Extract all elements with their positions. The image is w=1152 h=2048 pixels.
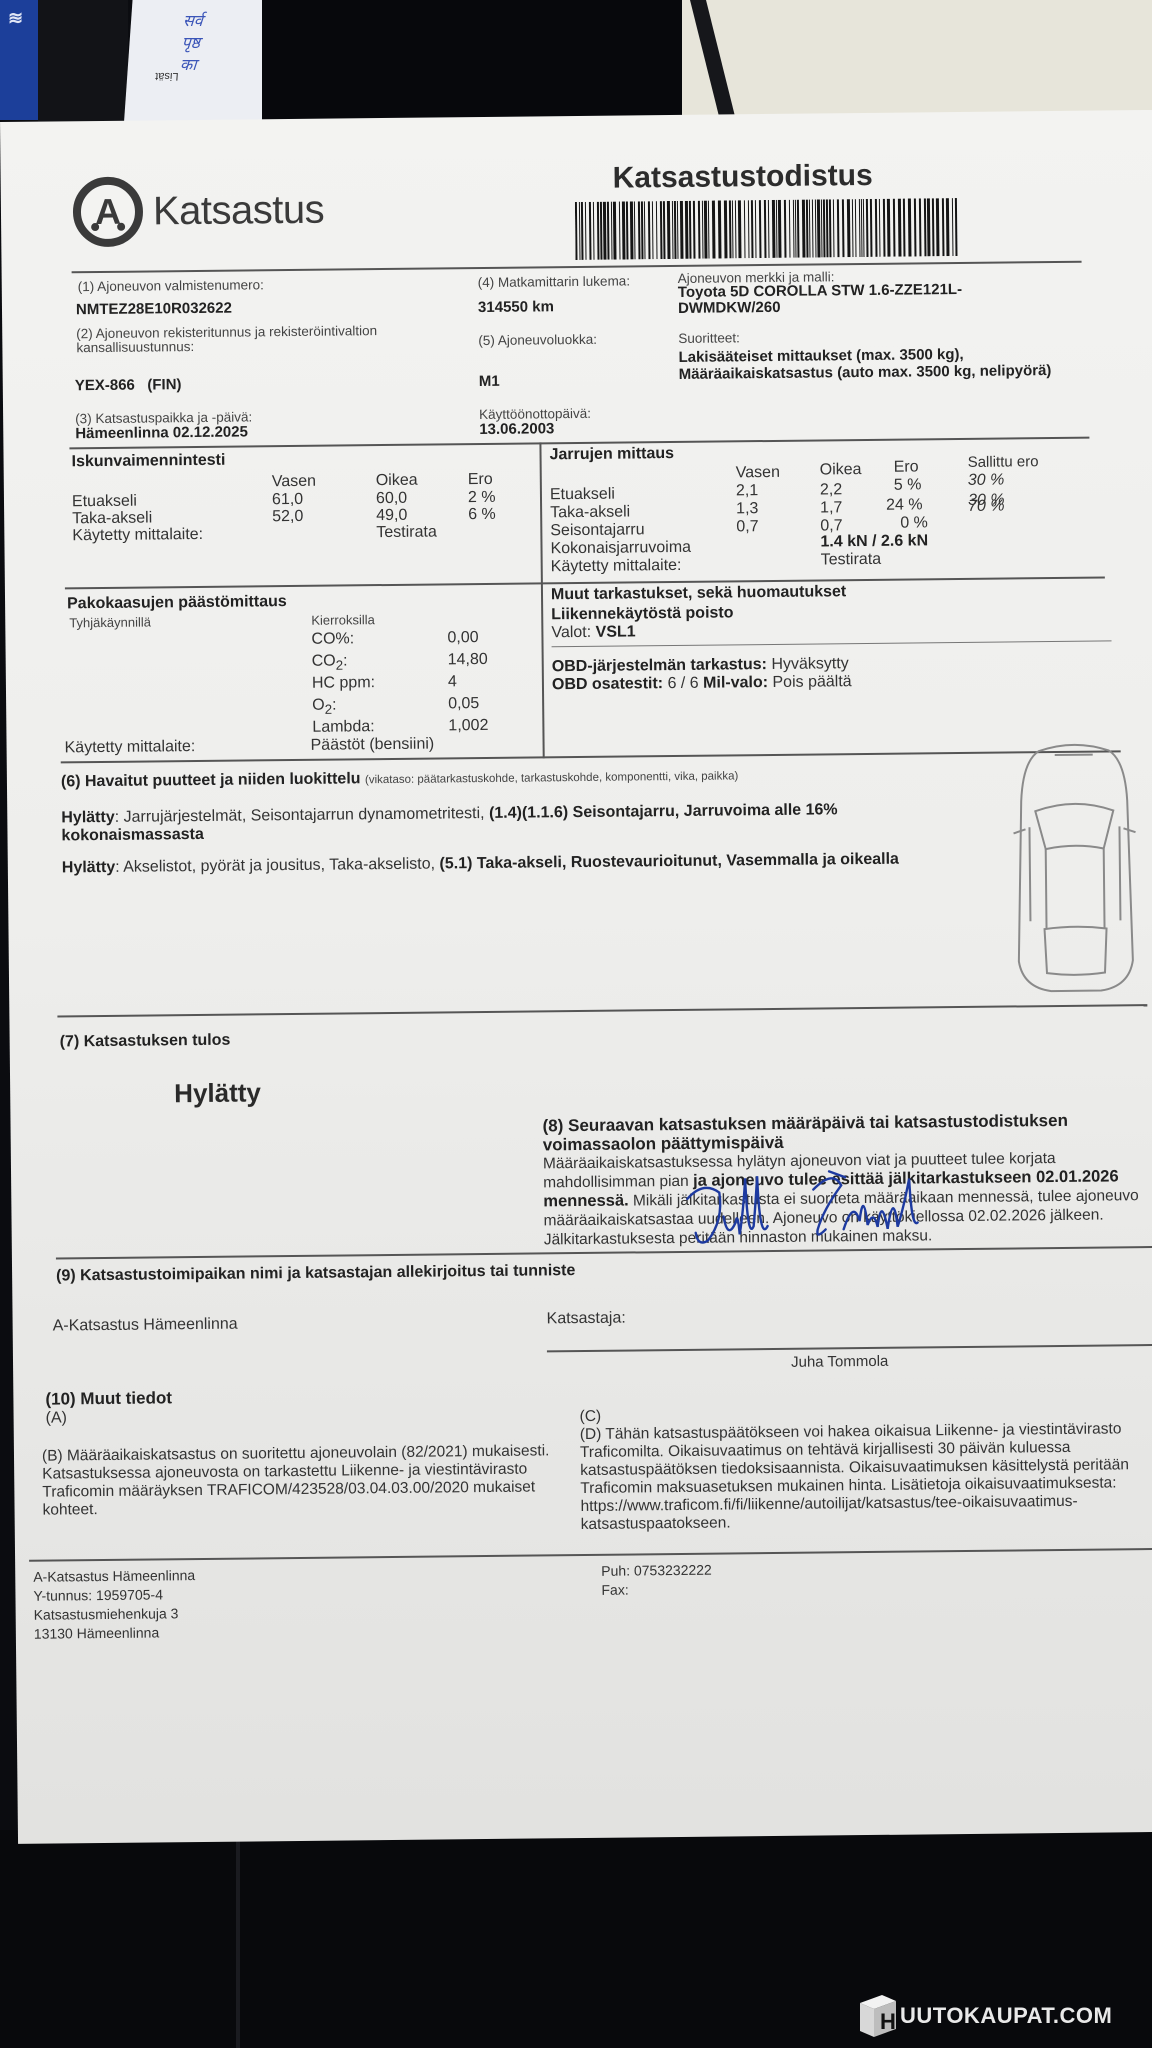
footer-city: 13130 Hämeenlinna (34, 1623, 196, 1644)
registration-value: YEX-866 (FIN) (75, 376, 182, 394)
result-label: (7) Katsastuksen tulos (60, 1032, 231, 1052)
other-info-title: (10) Muut tiedot (45, 1388, 172, 1409)
odometer-label: (4) Matkamittarin lukema: (478, 273, 630, 290)
katsastus-logo: A Katsastus (73, 175, 325, 248)
footer-fax: Fax: (601, 1580, 712, 1600)
footer-company: A-Katsastus Hämeenlinna (33, 1566, 195, 1587)
background-note: सर्व पृष्ठ का Lisät (123, 0, 282, 130)
lights-row: Valot: VSL1 (551, 623, 635, 642)
emission-row: CO2: 14,80 (312, 650, 532, 672)
emissions-title: Pakokaasujen päästömittaus (67, 593, 287, 613)
divider (552, 640, 1112, 647)
result-value: Hylätty (174, 1077, 261, 1109)
note-label: Lisät (155, 70, 179, 82)
other-info-a: (A) (46, 1409, 68, 1427)
other-info-b: (B) Määräaikaiskatsastus on suoritettu a… (42, 1442, 563, 1519)
traffic-removal: Liikennekäytöstä poisto (551, 604, 733, 624)
odometer-value: 314550 km (478, 298, 554, 316)
signature-icon (683, 1168, 984, 1251)
footer-business-id: Y-tunnus: 1959705-4 (33, 1585, 195, 1606)
obd-subtests-row: OBD osatestit: 6 / 6 Mil-valo: Pois pääl… (552, 673, 852, 694)
emission-row: CO%: 0,00 (311, 628, 531, 650)
huutokaupat-watermark: H UUTOKAUPAT.COM (856, 1993, 1112, 2039)
vehicle-class-label: (5) Ajoneuvoluokka: (478, 332, 597, 348)
footer-address: A-Katsastus Hämeenlinna Y-tunnus: 195970… (33, 1566, 196, 1644)
first-use-value: 13.06.2003 (479, 420, 554, 438)
defect-item: Hylätty: Akselistot, pyörät ja jousitus,… (62, 850, 982, 878)
divider (29, 1548, 1152, 1562)
background-binder-spine (38, 0, 128, 130)
registration-label: (2) Ajoneuvon rekisteritunnus ja rekiste… (76, 323, 436, 355)
shock-test-device: Käytetty mittalaite: Testirata (72, 522, 532, 547)
vin-label: (1) Ajoneuvon valmistenumero: (78, 277, 264, 294)
cube-logo-icon: H (856, 1993, 898, 2039)
other-info-c: (C) (580, 1408, 602, 1426)
signature-line (547, 1344, 1152, 1352)
other-info-d: (D) Tähän katsastuspäätökseen voi hakea … (580, 1420, 1152, 1534)
divider (57, 1004, 1147, 1017)
other-checks-title: Muut tarkastukset, sekä huomautukset (551, 583, 846, 604)
services-value: Lakisääteiset mittaukset (max. 3500 kg),… (678, 345, 1058, 383)
footer-street: Katsastusmiehenkuja 3 (34, 1604, 196, 1625)
column-divider (539, 442, 544, 758)
divider (72, 261, 1082, 274)
vin-value: NMTEZ28E10R032622 (76, 300, 232, 319)
defect-item: Hylätty: Jarrujärjestelmät, Seisontajarr… (61, 800, 961, 845)
inspector-label: Katsastaja: (547, 1310, 626, 1329)
place-date-value: Hämeenlinna 02.12.2025 (75, 423, 248, 442)
note-scribble: सर्व पृष्ठ का (179, 10, 203, 76)
emissions-device: Käytetty mittalaite: Päästöt (bensiini) (64, 734, 544, 759)
station-name: A-Katsastus Hämeenlinna (53, 1316, 238, 1336)
svg-text:H: H (880, 2009, 896, 2034)
a-katsastus-logo-icon: A (73, 177, 144, 248)
vehicle-class-value: M1 (479, 373, 500, 390)
shock-test-title: Iskunvaimennintesti (72, 452, 226, 472)
background-binder: ≋ (0, 0, 38, 120)
footer-phone: Puh: 0753232222 (601, 1561, 712, 1581)
next-inspection-title: (8) Seuraavan katsastuksen määräpäivä ta… (542, 1110, 1152, 1154)
services-label: Suoritteet: (678, 330, 740, 346)
signature-title: (9) Katsastustoimipaikan nimi ja katsast… (56, 1262, 575, 1285)
binder-logo-icon: ≋ (8, 8, 28, 30)
background-tablet (262, 0, 682, 130)
brake-test-device: Käytetty mittalaite: Testirata (551, 549, 1091, 575)
inspector-name: Juha Tommola (791, 1353, 888, 1371)
document-title: Katsastustodistus (612, 159, 872, 196)
footer-contact: Puh: 0753232222 Fax: (601, 1561, 712, 1600)
watermark-text: UUTOKAUPAT.COM (900, 2003, 1112, 2029)
emissions-rpm-label: Kierroksilla (311, 612, 375, 628)
barcode-icon (575, 198, 960, 260)
emission-row: HC ppm: 4 (312, 672, 532, 694)
defects-header: (6) Havaitut puutteet ja niiden luokitte… (61, 766, 738, 791)
inspection-certificate: A Katsastus Katsastustodistus (1) Ajoneu… (0, 110, 1152, 1844)
make-model-value: Toyota 5D COROLLA STW 1.6-ZZE121L-DWMDKW… (678, 281, 1008, 316)
logo-wordmark: Katsastus (153, 187, 325, 234)
car-top-view-icon (999, 740, 1152, 996)
emissions-idle-label: Tyhjäkäynnillä (69, 614, 151, 630)
emission-row: O2: 0,05 (312, 694, 532, 716)
